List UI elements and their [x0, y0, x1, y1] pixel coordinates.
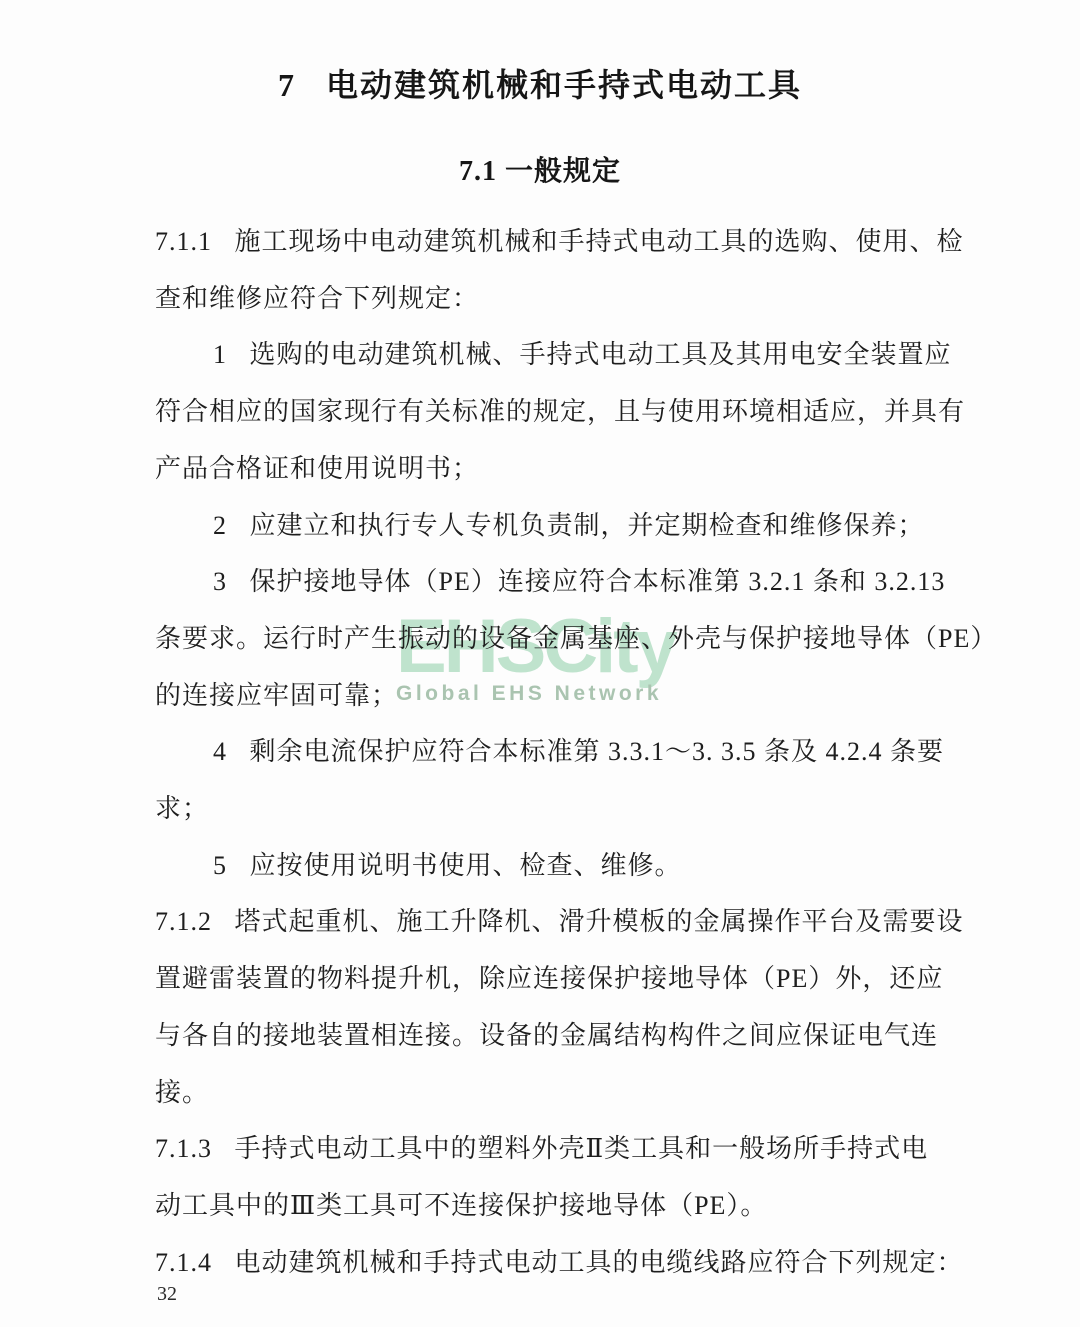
- text-line: 5 应按使用说明书使用、检查、维修。: [213, 838, 935, 895]
- text-line: 求；: [155, 781, 935, 838]
- text-line: 3 保护接地导体（PE）连接应符合本标准第 3.2.1 条和 3.2.13: [213, 554, 935, 611]
- text-line: 7.1.1 施工现场中电动建筑机械和手持式电动工具的选购、使用、检: [155, 214, 935, 271]
- text-line: 的连接应牢固可靠；: [155, 668, 935, 725]
- document-page: 7 电动建筑机械和手持式电动工具 7.1 一般规定 EHSCity Global…: [0, 0, 1080, 1327]
- text-line: 2 应建立和执行专人专机负责制，并定期检查和维修保养；: [213, 498, 935, 555]
- text-line: 7.1.2 塔式起重机、施工升降机、滑升模板的金属操作平台及需要设: [155, 894, 935, 951]
- text-line: 产品合格证和使用说明书；: [155, 441, 935, 498]
- page-number: 32: [157, 1283, 177, 1306]
- text-line: 条要求。运行时产生振动的设备金属基座、外壳与保护接地导体（PE）: [155, 611, 935, 668]
- body-text: 7.1.1 施工现场中电动建筑机械和手持式电动工具的选购、使用、检查和维修应符合…: [155, 214, 935, 1291]
- text-line: 置避雷装置的物料提升机，除应连接保护接地导体（PE）外，还应: [155, 951, 935, 1008]
- text-line: 动工具中的Ⅲ类工具可不连接保护接地导体（PE）。: [155, 1178, 935, 1235]
- text-line: 符合相应的国家现行有关标准的规定，且与使用环境相适应，并具有: [155, 384, 935, 441]
- text-line: 7.1.3 手持式电动工具中的塑料外壳Ⅱ类工具和一般场所手持式电: [155, 1121, 935, 1178]
- text-line: 7.1.4 电动建筑机械和手持式电动工具的电缆线路应符合下列规定：: [155, 1235, 935, 1292]
- text-line: 查和维修应符合下列规定：: [155, 271, 935, 328]
- text-line: 4 剩余电流保护应符合本标准第 3.3.1～3. 3.5 条及 4.2.4 条要: [213, 724, 935, 781]
- text-line: 接。: [155, 1065, 935, 1122]
- section-title: 7.1 一般规定: [0, 149, 1080, 189]
- chapter-title: 7 电动建筑机械和手持式电动工具: [0, 60, 1080, 106]
- text-line: 与各自的接地装置相连接。设备的金属结构构件之间应保证电气连: [155, 1008, 935, 1065]
- text-line: 1 选购的电动建筑机械、手持式电动工具及其用电安全装置应: [213, 327, 935, 384]
